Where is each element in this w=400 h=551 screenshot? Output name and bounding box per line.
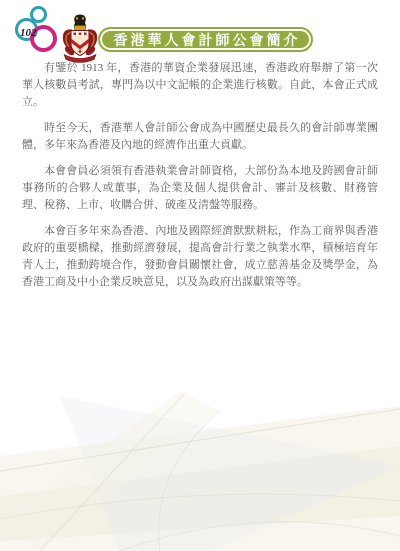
paragraph: 時至今天，香港華人會計師公會成為中國歷史最長久的會計師專業團體，多年來為香港及內… (22, 120, 378, 154)
page-number: 102 (20, 27, 37, 39)
section-title-banner: 香港華人會計師公會簡介 (98, 27, 313, 52)
watermark-ribbons (0, 351, 400, 551)
paragraph: 本會會員必須領有香港執業會計師資格，大部份為本地及跨國會計師事務所的合夥人或董事… (22, 163, 378, 214)
coat-of-arms-icon (59, 13, 101, 64)
paragraph: 有鑒於 1913 年，香港的華資企業發展迅速，香港政府舉辦了第一次華人核數員考試… (22, 60, 378, 111)
body-text: 有鑒於 1913 年，香港的華資企業發展迅速，香港政府舉辦了第一次華人核數員考試… (22, 60, 378, 300)
section-title: 香港華人會計師公會簡介 (111, 30, 301, 50)
paragraph: 本會百多年來為香港、內地及國際經濟默默耕耘，作為工商界與香港政府的重要橋樑，推動… (22, 223, 378, 291)
booklet-page: 102 香港華人會計師公會簡介 有鑒於 1913 年，香港的華資企業發展迅速，香… (0, 0, 400, 551)
